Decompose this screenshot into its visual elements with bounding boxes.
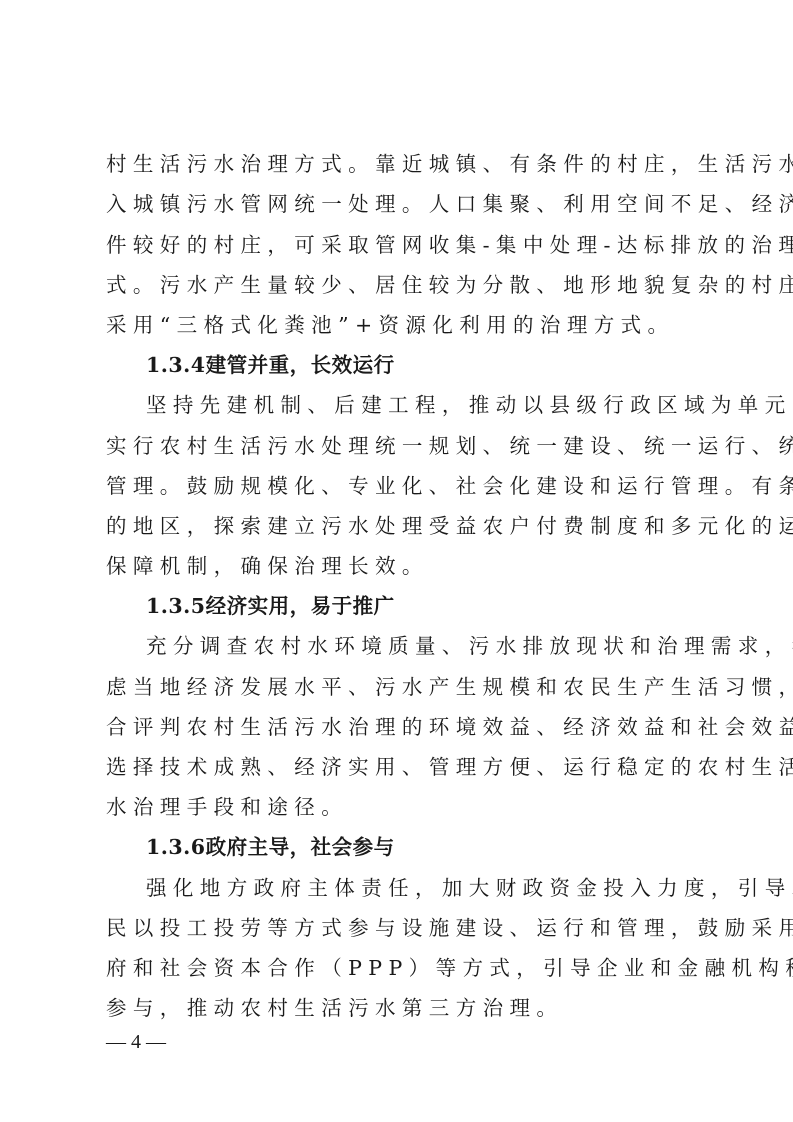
paragraph-line: 选择技术成熟、经济实用、管理方便、运行稳定的农村生活污 (106, 755, 696, 779)
paragraph-line: 村生活污水治理方式。靠近城镇、有条件的村庄，生活污水纳 (106, 152, 696, 176)
paragraph-line: 入城镇污水管网统一处理。人口集聚、利用空间不足、经济条 (106, 192, 696, 216)
paragraph-line: 府和社会资本合作（PPP）等方式，引导企业和金融机构积极 (106, 956, 696, 980)
paragraph-line: 件较好的村庄，可采取管网收集-集中处理-达标排放的治理方 (106, 233, 696, 257)
section-heading: 1.3.6政府主导，社会参与 (146, 835, 395, 859)
page-number: — 4 — (106, 1030, 166, 1054)
paragraph-line: 充分调查农村水环境质量、污水排放现状和治理需求，考 (146, 634, 736, 658)
paragraph-line: 式。污水产生量较少、居住较为分散、地形地貌复杂的村庄， (106, 273, 696, 297)
paragraph-line: 实行农村生活污水处理统一规划、统一建设、统一运行、统一 (106, 434, 696, 458)
section-heading: 1.3.5经济实用，易于推广 (146, 594, 395, 618)
paragraph-line: 水治理手段和途径。 (106, 795, 696, 819)
paragraph-line: 合评判农村生活污水治理的环境效益、经济效益和社会效益， (106, 715, 696, 739)
document-page: 村生活污水治理方式。靠近城镇、有条件的村庄，生活污水纳 入城镇污水管网统一处理。… (0, 0, 793, 1122)
paragraph-line: 强化地方政府主体责任，加大财政资金投入力度，引导农 (146, 876, 736, 900)
section-heading: 1.3.4建管并重，长效运行 (146, 353, 395, 377)
paragraph-line: 的地区，探索建立污水处理受益农户付费制度和多元化的运行 (106, 514, 696, 538)
paragraph-line: 虑当地经济发展水平、污水产生规模和农民生产生活习惯，综 (106, 675, 696, 699)
paragraph-line: 坚持先建机制、后建工程，推动以县级行政区域为单元， (146, 393, 736, 417)
paragraph-line: 采用“三格式化粪池”+资源化利用的治理方式。 (106, 313, 696, 337)
paragraph-line: 保障机制，确保治理长效。 (106, 554, 696, 578)
paragraph-line: 参与，推动农村生活污水第三方治理。 (106, 996, 696, 1020)
paragraph-line: 民以投工投劳等方式参与设施建设、运行和管理，鼓励采用政 (106, 916, 696, 940)
paragraph-line: 管理。鼓励规模化、专业化、社会化建设和运行管理。有条件 (106, 474, 696, 498)
